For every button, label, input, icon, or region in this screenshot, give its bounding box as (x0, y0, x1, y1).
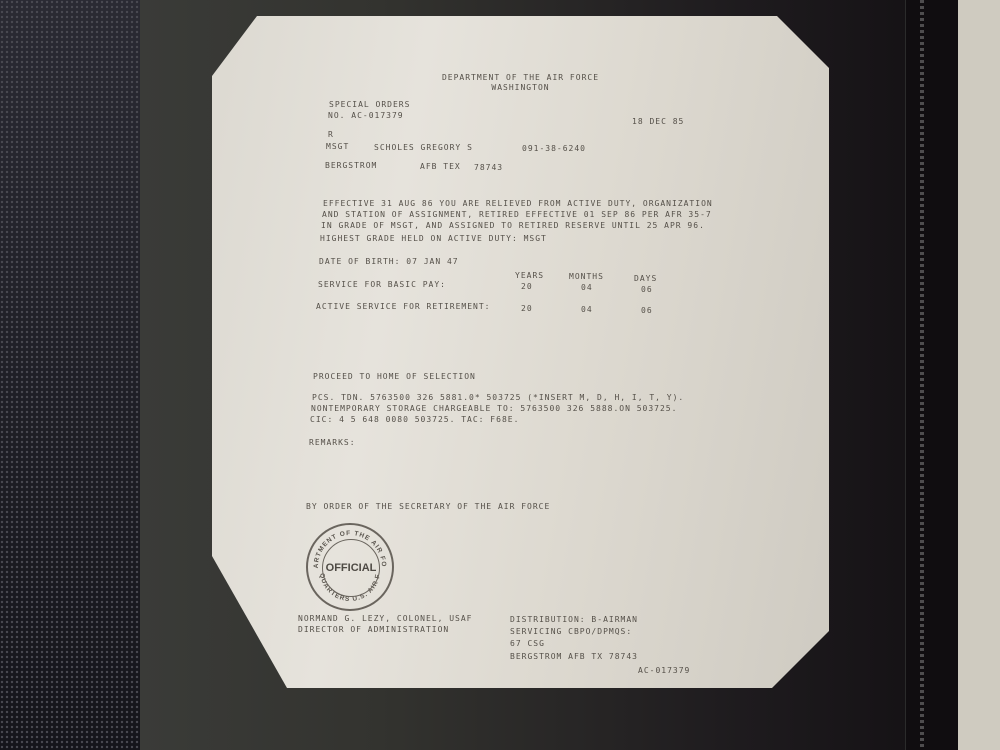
basic-pay-years: 20 (521, 282, 533, 291)
remarks-label: REMARKS: (309, 438, 356, 447)
date-of-birth: DATE OF BIRTH: 07 JAN 47 (319, 257, 459, 266)
seal-official-text: OFFICIAL (326, 562, 377, 574)
member-location: AFB TEX (420, 162, 461, 171)
official-seal-stamp: DEPARTMENT OF THE AIR FORCE HEADQUARTERS… (306, 523, 394, 611)
distribution-line-4: BERGSTROM AFB TX 78743 (510, 652, 638, 661)
active-service-label: ACTIVE SERVICE FOR RETIREMENT: (316, 302, 491, 311)
member-zip: 78743 (474, 163, 503, 172)
signer-name: NORMAND G. LEZY, COLONEL, USAF (298, 614, 473, 623)
member-grade: MSGT (326, 142, 349, 151)
distribution-line-1: DISTRIBUTION: B-AIRMAN (510, 615, 638, 624)
distribution-line-3: 67 CSG (510, 639, 545, 648)
col-years: YEARS (515, 271, 544, 280)
funding-line-2: NONTEMPORARY STORAGE CHARGEABLE TO: 5763… (311, 404, 677, 413)
col-months: MONTHS (569, 272, 604, 281)
basic-pay-label: SERVICE FOR BASIC PAY: (318, 280, 446, 289)
basic-pay-days: 06 (641, 285, 653, 294)
fabric-background (0, 0, 150, 750)
folder-spine (905, 0, 966, 750)
special-orders-document: DEPARTMENT OF THE AIR FORCE WASHINGTON S… (212, 16, 829, 688)
header-department: DEPARTMENT OF THE AIR FORCE (212, 73, 829, 82)
basic-pay-months: 04 (581, 283, 593, 292)
distribution-line-2: SERVICING CBPO/DPMQS: (510, 627, 632, 636)
highest-grade: HIGHEST GRADE HELD ON ACTIVE DUTY: MSGT (320, 234, 547, 243)
active-service-months: 04 (581, 305, 593, 314)
active-service-years: 20 (521, 304, 533, 313)
order-number: NO. AC-017379 (328, 111, 404, 120)
member-name: SCHOLES GREGORY S (374, 143, 473, 152)
member-ssn: 091-38-6240 (522, 144, 586, 153)
body-line-2: AND STATION OF ASSIGNMENT, RETIRED EFFEC… (322, 210, 712, 219)
col-days: DAYS (634, 274, 657, 283)
folder-stitching (920, 0, 924, 750)
order-title: SPECIAL ORDERS (329, 100, 410, 109)
member-base: BERGSTROM (325, 161, 377, 170)
order-date: 18 DEC 85 (632, 117, 684, 126)
body-line-3: IN GRADE OF MSGT, AND ASSIGNED TO RETIRE… (321, 221, 705, 230)
header-location: WASHINGTON (212, 83, 829, 92)
seal-center: OFFICIAL (322, 539, 380, 597)
proceed-instruction: PROCEED TO HOME OF SELECTION (313, 372, 476, 381)
member-code: R (328, 130, 334, 139)
by-order-line: BY ORDER OF THE SECRETARY OF THE AIR FOR… (306, 502, 550, 511)
funding-line-3: CIC: 4 5 648 0080 503725. TAC: F68E. (310, 415, 519, 424)
adjacent-page-edge (958, 0, 1000, 750)
body-line-1: EFFECTIVE 31 AUG 86 YOU ARE RELIEVED FRO… (323, 199, 713, 208)
signer-title: DIRECTOR OF ADMINISTRATION (298, 625, 449, 634)
active-service-days: 06 (641, 306, 653, 315)
footer-order-number: AC-017379 (638, 666, 690, 675)
funding-line-1: PCS. TDN. 5763500 326 5881.0* 503725 (*I… (312, 393, 684, 402)
